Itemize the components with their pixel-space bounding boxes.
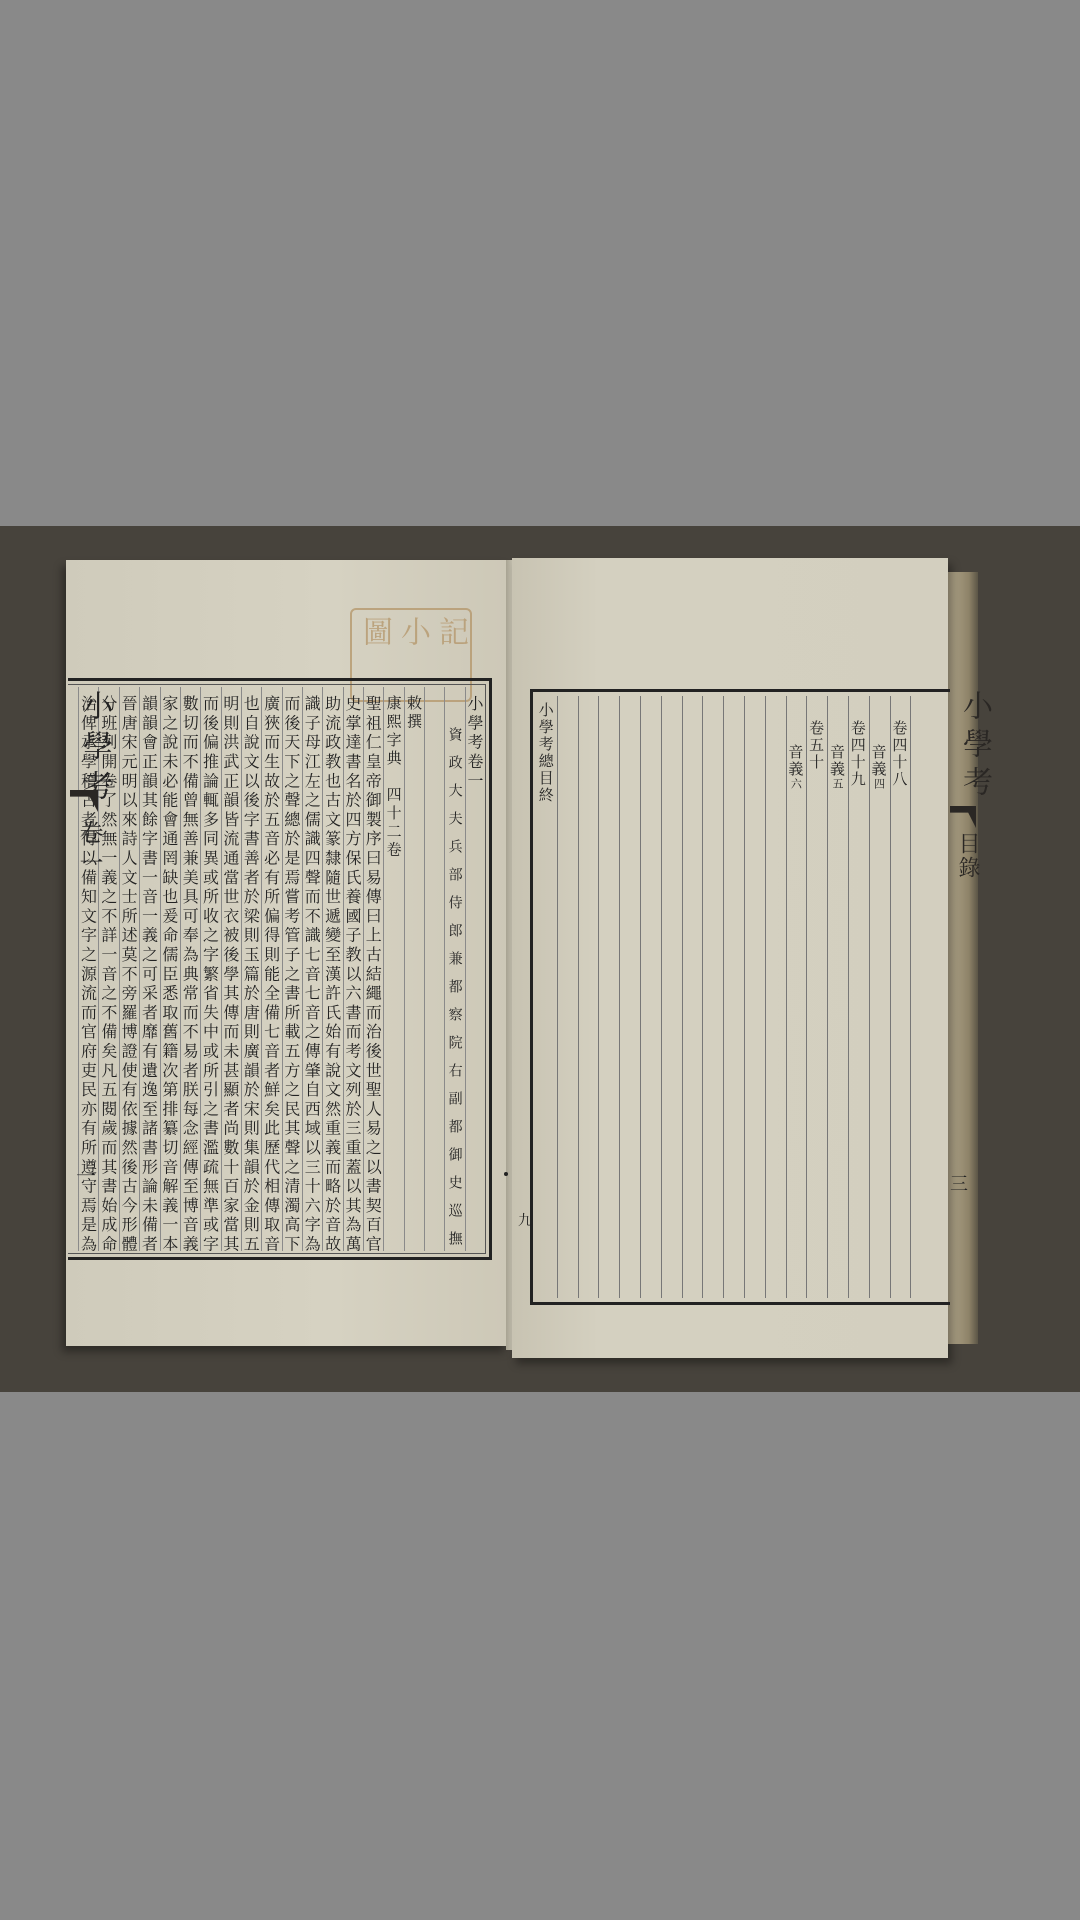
subheading: 敕撰 [404, 687, 424, 1251]
margin-mark: 九 [518, 1210, 532, 1230]
entry-heading: 康熙字典 四十二卷 [383, 687, 403, 1251]
left-margin-volume: 卷一 [72, 820, 107, 880]
text-column: 也自說文以後字書善者於梁則玉篇於唐則廣韻於宋則集韻於金則五音集韻於元則韻會於 [241, 687, 261, 1251]
right-margin-section: 目錄 [952, 832, 983, 880]
text-column: 識子母江左之儒識四聲而不識七音七音之傳肇自西域以三十六字為母從為四聲橫為七音 [302, 687, 322, 1251]
end-mark: 小學考總目終 [537, 696, 558, 1298]
seal-char: 記 [434, 616, 466, 646]
text-column: 韻韻會正韻其餘字書一音一義之可采者靡有遺逸至諸書形論未備者則自經史百子以及漢 [139, 687, 159, 1251]
right-margin-title: 小學考 [952, 690, 996, 804]
text-column: 史掌達書名於四方保氏養國子教以六書而考文列於三重蓋以其為萬事百物之統紀而足以 [343, 687, 363, 1251]
toc-entry: 音義五 [828, 696, 849, 1298]
left-text-frame: 小學考卷一 資政大夫兵部侍郎兼都察院右副都御史巡撫廣西臣謝啟昆恭錄 敕撰 康熙字… [68, 678, 492, 1260]
text-column: 家之說未必能會通罔缺也爰命儒臣悉取舊籍次第排纂切音解義一本說文玉篇兼用廣韻集 [160, 687, 180, 1251]
left-columns: 小學考卷一 資政大夫兵部侍郎兼都察院右副都御史巡撫廣西臣謝啟昆恭錄 敕撰 康熙字… [78, 687, 485, 1251]
left-page-number: 一 [76, 1160, 96, 1189]
blank-column [424, 687, 444, 1251]
seal-char: 小 [396, 616, 428, 646]
toc-entry: 卷五十 [807, 696, 828, 1298]
right-text-frame: 小學考總目終 音義六 卷五十 音義五 卷四十九 音義四 卷四十八 [530, 689, 950, 1305]
seal-char: 圖 [358, 616, 390, 646]
ink-dot [504, 1172, 508, 1176]
text-column: 而後偏推論輒多同異或所收之字繁省失中或所引之書濫疏無準或字有數義而不詳或音有 [200, 687, 220, 1251]
text-column: 明則洪武正韻皆流通當世衣被後學其傳而未甚顯者尚數十百家當其編輯皆自謂毫髮無憾 [221, 687, 241, 1251]
text-column: 助流政教也古文篆隸隨世遞變至漢許氏始有說文然重義而略於音故世謂漢儒識文字而不 [322, 687, 342, 1251]
right-columns: 小學考總目終 音義六 卷五十 音義五 卷四十九 音義四 卷四十八 [537, 696, 950, 1298]
text-column: 而後天下之聲總於是焉嘗考管子之書所載五方之民其聲之清濁高下各象其川原泉壤淺深 [282, 687, 302, 1251]
toc-entry: 音義六 [787, 696, 808, 1298]
text-column: 晉唐宋元明以來詩人文士所述莫不旁羅博證使有依據然後古今形體之辨方言聲氣之殊部 [119, 687, 139, 1251]
chapter-title: 小學考卷一 [465, 687, 485, 1251]
author-line: 資政大夫兵部侍郎兼都察院右副都御史巡撫廣西臣謝啟昆恭錄 [444, 687, 464, 1251]
toc-entry: 卷四十九 [849, 696, 870, 1298]
text-column: 廣狹而生故於五音必有所偏得則能全備七音者鮮矣此歷代相傳取音者所以不能較若畫一 [261, 687, 281, 1251]
book-edge [948, 572, 978, 1344]
text-column: 聖祖仁皇帝御製序曰易傳曰上古結繩而治後世聖人易之以書契百官以治萬民以察周官外 [363, 687, 383, 1251]
toc-entry: 卷四十八 [891, 696, 912, 1298]
toc-entry: 音義四 [870, 696, 891, 1298]
text-column: 數切而不備曾無善兼美具可奉為典常而不易者朕每念經傳至博音義繁賾據一人之見守一 [180, 687, 200, 1251]
right-page-number: 三 [950, 1170, 968, 1196]
